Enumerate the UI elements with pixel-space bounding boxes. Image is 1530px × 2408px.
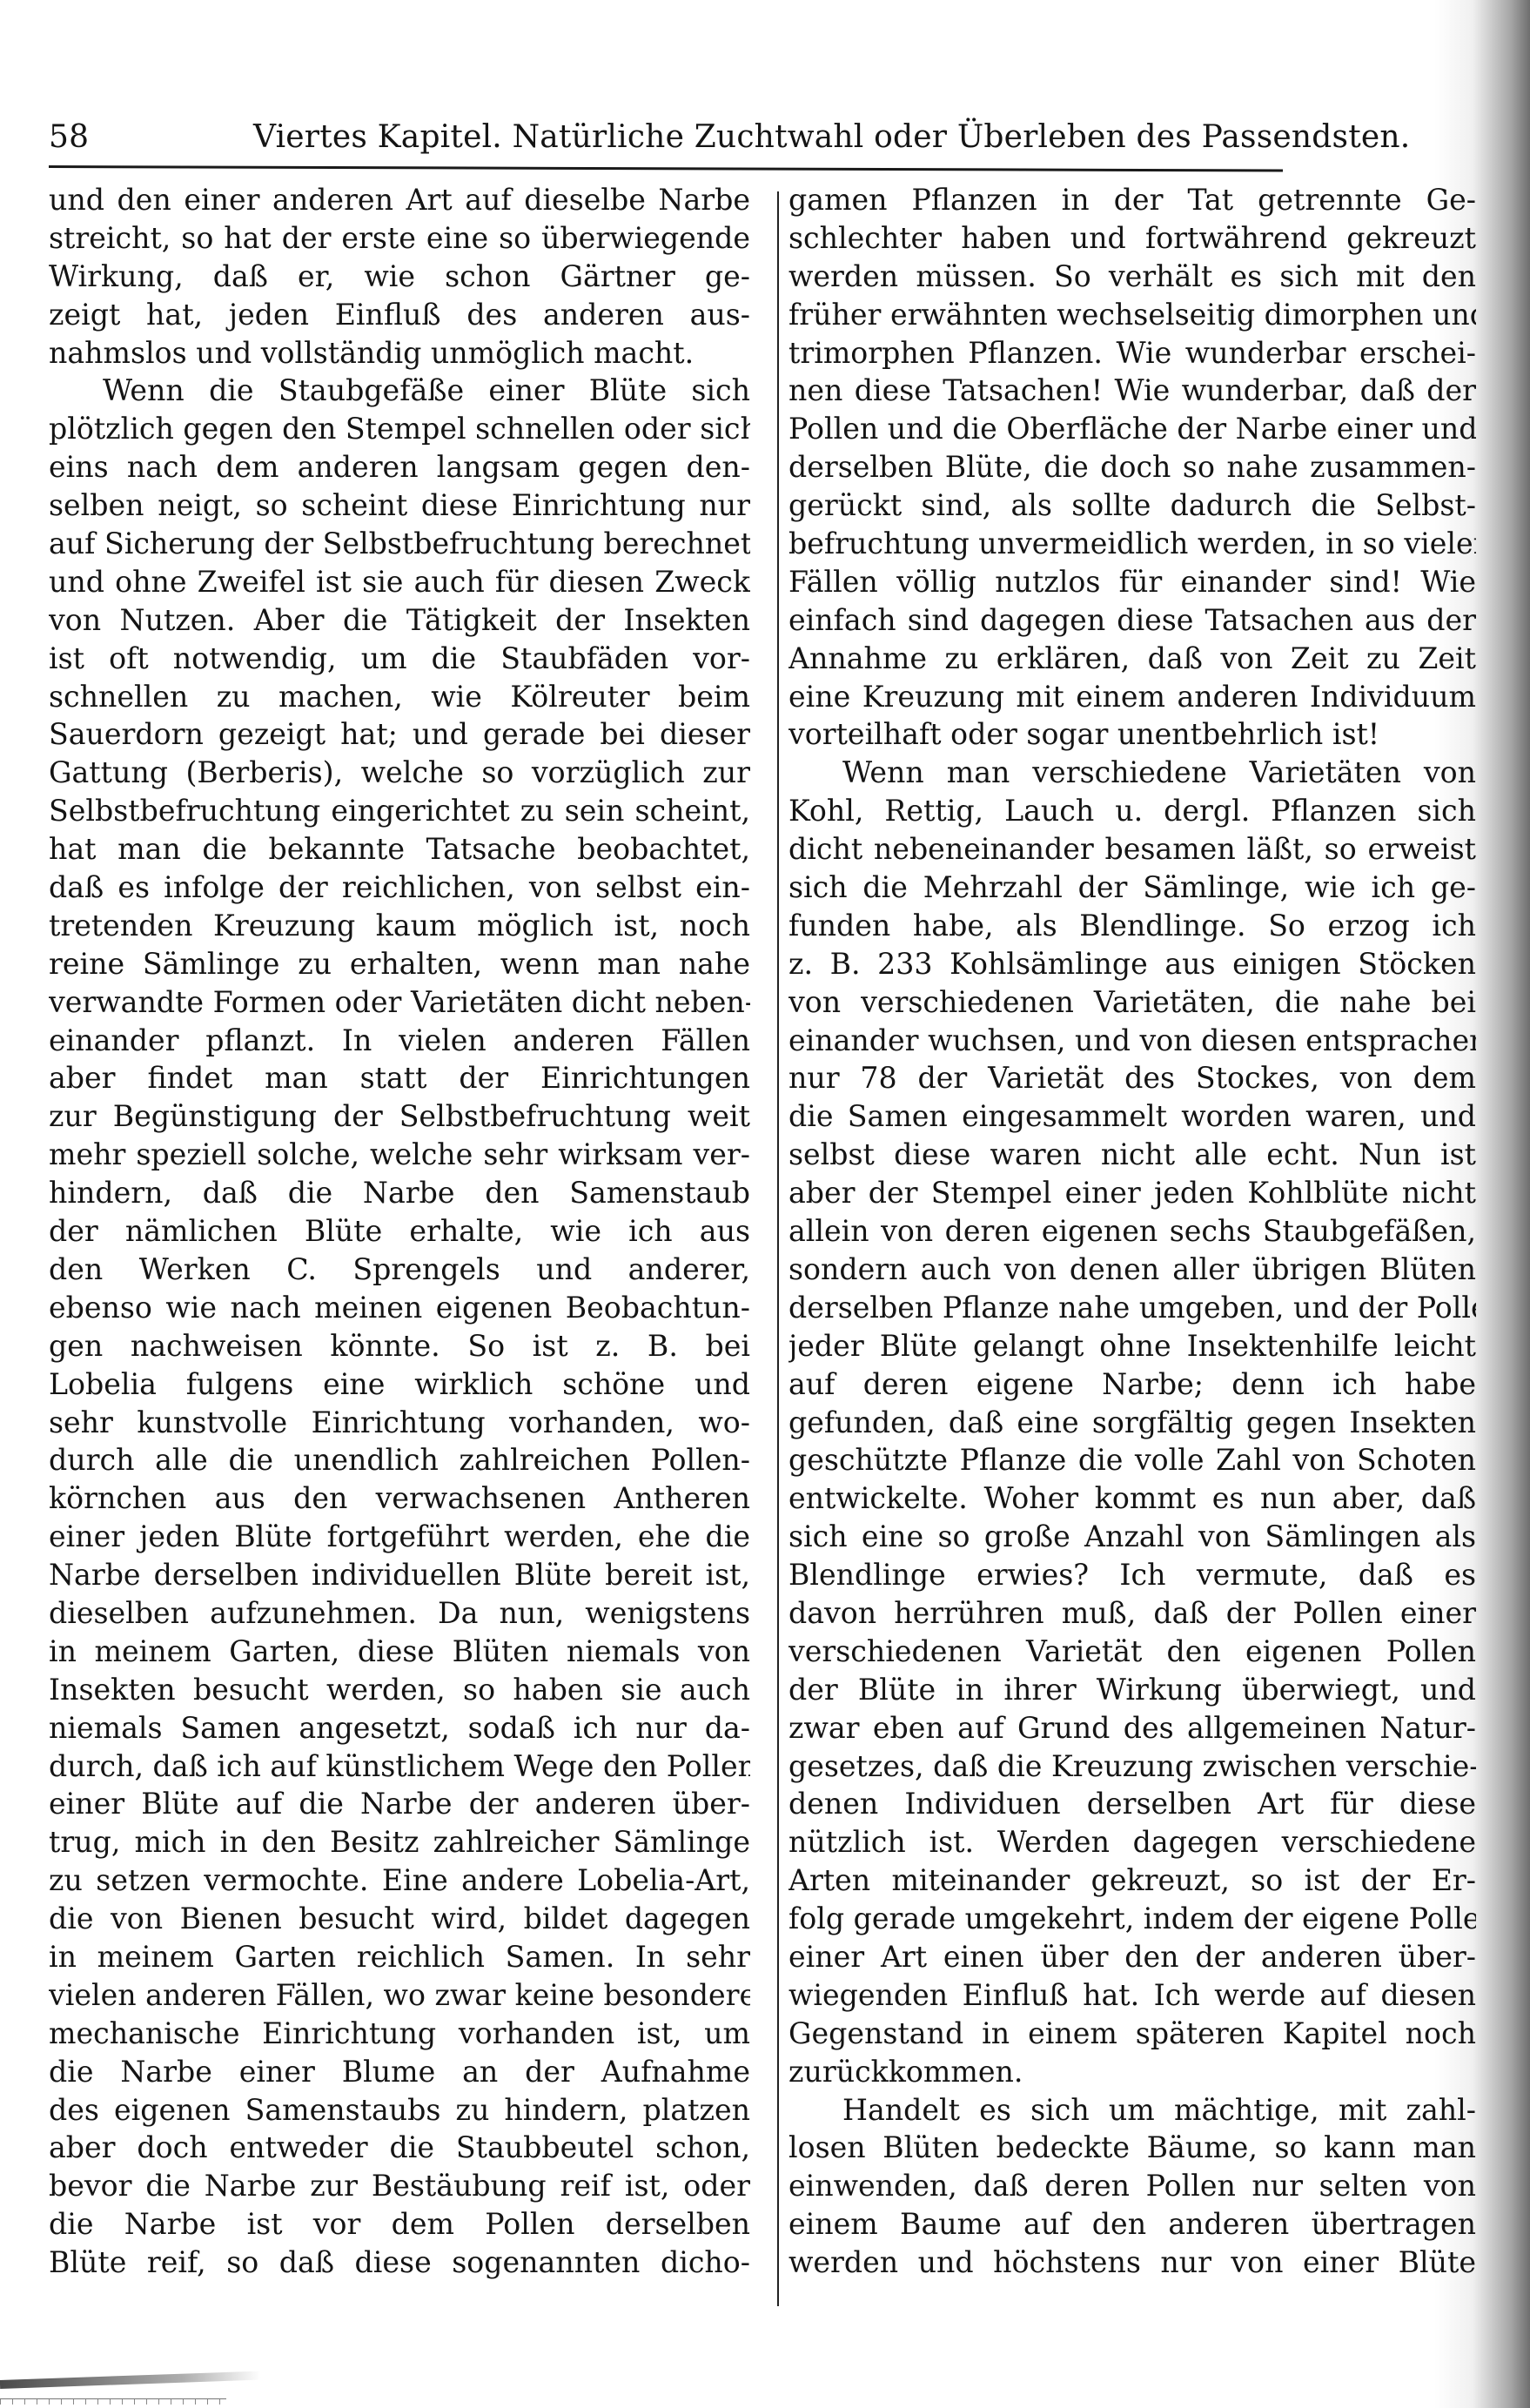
text-line: einem Baume auf den anderen übertragen xyxy=(788,2205,1476,2244)
text-line: aber findet man statt der Einrichtungen xyxy=(49,1059,750,1097)
text-line: einander wuchsen, und von diesen entspra… xyxy=(788,1022,1476,1060)
text-line: verschiedenen Varietät den eigenen Polle… xyxy=(788,1633,1476,1671)
text-line: Narbe derselben individuellen Blüte bere… xyxy=(49,1556,750,1594)
text-line: bevor die Narbe zur Bestäubung reif ist,… xyxy=(49,2167,750,2205)
text-line: aber der Stempel einer jeden Kohlblüte n… xyxy=(788,1174,1476,1212)
text-line: der Blüte in ihrer Wirkung überwiegt, un… xyxy=(788,1671,1476,1709)
text-line: ebenso wie nach meinen eigenen Beobachtu… xyxy=(49,1289,750,1327)
text-line: zwar eben auf Grund des allgemeinen Natu… xyxy=(788,1709,1476,1747)
running-title: Viertes Kapitel. Natürliche Zuchtwahl od… xyxy=(253,116,1410,159)
text-line: mechanische Einrichtung vorhanden ist, u… xyxy=(49,2015,750,2053)
text-line: sondern auch von denen aller übrigen Blü… xyxy=(788,1251,1476,1289)
text-line: gefunden, daß eine sorgfältig gegen Inse… xyxy=(788,1404,1476,1442)
text-line: auf deren eigene Narbe; denn ich habe xyxy=(788,1365,1476,1404)
page-header: 58 Viertes Kapitel. Natürliche Zuchtwahl… xyxy=(49,116,1286,159)
text-line: sich eine so große Anzahl von Sämlingen … xyxy=(788,1518,1476,1556)
text-line: denen Individuen derselben Art für diese xyxy=(788,1785,1476,1823)
text-line: Annahme zu erklären, daß von Zeit zu Zei… xyxy=(788,640,1476,678)
text-line: mehr speziell solche, welche sehr wirksa… xyxy=(49,1136,750,1174)
text-line: derselben Pflanze nahe umgeben, und der … xyxy=(788,1289,1476,1327)
text-line: Arten miteinander gekreuzt, so ist der E… xyxy=(788,1861,1476,1900)
text-line: selben neigt, so scheint diese Einrichtu… xyxy=(49,486,750,525)
text-line: körnchen aus den verwachsenen Antheren xyxy=(49,1479,750,1518)
text-line: gamen Pflanzen in der Tat getrennte Ge- xyxy=(788,181,1476,219)
text-line: Lobelia fulgens eine wirklich schöne und xyxy=(49,1365,750,1404)
text-line: trimorphen Pflanzen. Wie wunderbar ersch… xyxy=(788,334,1476,372)
text-line: von verschiedenen Varietäten, die nahe b… xyxy=(788,983,1476,1022)
text-line: werden müssen. So verhält es sich mit de… xyxy=(788,258,1476,296)
text-line: gen nachweisen könnte. So ist z. B. bei xyxy=(49,1327,750,1365)
text-line: ist oft notwendig, um die Staubfäden vor… xyxy=(49,640,750,678)
header-rule xyxy=(49,165,1283,171)
text-line: hindern, daß die Narbe den Samenstaub xyxy=(49,1174,750,1212)
left-text-column: und den einer anderen Art auf dieselbe N… xyxy=(49,181,750,2282)
text-line: Pollen und die Oberfläche der Narbe eine… xyxy=(788,410,1476,448)
text-line: einer Art einen über den der anderen übe… xyxy=(788,1938,1476,1976)
text-line: werden und höchstens nur von einer Blüte xyxy=(788,2244,1476,2282)
text-line: durch, daß ich auf künstlichem Wege den … xyxy=(49,1747,750,1786)
text-line: wiegenden Einfluß hat. Ich werde auf die… xyxy=(788,1976,1476,2015)
text-line: aber doch entweder die Staubbeutel schon… xyxy=(49,2129,750,2167)
text-line: losen Blüten bedeckte Bäume, so kann man xyxy=(788,2129,1476,2167)
right-text-column: gamen Pflanzen in der Tat getrennte Ge-s… xyxy=(788,181,1476,2282)
text-line: einander pflanzt. In vielen anderen Fäll… xyxy=(49,1022,750,1060)
text-line: einwenden, daß deren Pollen nur selten v… xyxy=(788,2167,1476,2205)
text-line: von Nutzen. Aber die Tätigkeit der Insek… xyxy=(49,601,750,640)
column-divider xyxy=(777,191,779,2306)
text-line: Blendlinge erwies? Ich vermute, daß es xyxy=(788,1556,1476,1594)
text-line: den Werken C. Sprengels und anderer, xyxy=(49,1251,750,1289)
text-line: Sauerdorn gezeigt hat; und gerade bei di… xyxy=(49,715,750,754)
text-line: vorteilhaft oder sogar unentbehrlich ist… xyxy=(788,715,1476,754)
text-line: geschützte Pflanze die volle Zahl von Sc… xyxy=(788,1441,1476,1479)
text-line: z. B. 233 Kohlsämlinge aus einigen Stöck… xyxy=(788,945,1476,983)
text-line: allein von deren eigenen sechs Staubgefä… xyxy=(788,1212,1476,1251)
text-line: trug, mich in den Besitz zahlreicher Säm… xyxy=(49,1823,750,1861)
text-line: eins nach dem anderen langsam gegen den- xyxy=(49,448,750,486)
text-line: in meinem Garten, diese Blüten niemals v… xyxy=(49,1633,750,1671)
page-number: 58 xyxy=(49,116,89,159)
text-line: zurückkommen. xyxy=(788,2053,1476,2091)
text-line: die Samen eingesammelt worden waren, und xyxy=(788,1097,1476,1136)
text-line: folg gerade umgekehrt, indem der eigene … xyxy=(788,1900,1476,1938)
text-line: zeigt hat, jeden Einfluß des anderen aus… xyxy=(49,296,750,334)
text-line: Wirkung, daß er, wie schon Gärtner ge- xyxy=(49,258,750,296)
text-line: niemals Samen angesetzt, sodaß ich nur d… xyxy=(49,1709,750,1747)
text-line: Wenn die Staubgefäße einer Blüte sich xyxy=(49,372,750,410)
text-line: plötzlich gegen den Stempel schnellen od… xyxy=(49,410,750,448)
text-line: und den einer anderen Art auf dieselbe N… xyxy=(49,181,750,219)
text-line: einfach sind dagegen diese Tatsachen aus… xyxy=(788,601,1476,640)
scan-edge-smudge xyxy=(0,2371,261,2389)
text-line: auf Sicherung der Selbstbefruchtung bere… xyxy=(49,525,750,563)
text-line: hat man die bekannte Tatsache beobachtet… xyxy=(49,830,750,869)
text-line: einer Blüte auf die Narbe der anderen üb… xyxy=(49,1785,750,1823)
text-line: zu setzen vermochte. Eine andere Lobelia… xyxy=(49,1861,750,1900)
text-line: Wenn man verschiedene Varietäten von xyxy=(788,754,1476,792)
text-line: durch alle die unendlich zahlreichen Pol… xyxy=(49,1441,750,1479)
text-line: verwandte Formen oder Varietäten dicht n… xyxy=(49,983,750,1022)
text-line: davon herrühren muß, daß der Pollen eine… xyxy=(788,1594,1476,1633)
text-line: reine Sämlinge zu erhalten, wenn man nah… xyxy=(49,945,750,983)
text-line: nützlich ist. Werden dagegen verschieden… xyxy=(788,1823,1476,1861)
text-line: derselben Blüte, die doch so nahe zusamm… xyxy=(788,448,1476,486)
text-line: dieselben aufzunehmen. Da nun, wenigsten… xyxy=(49,1594,750,1633)
text-line: Kohl, Rettig, Lauch u. dergl. Pflanzen s… xyxy=(788,792,1476,830)
text-line: Blüte reif, so daß diese sogenannten dic… xyxy=(49,2244,750,2282)
text-line: die von Bienen besucht wird, bildet dage… xyxy=(49,1900,750,1938)
text-line: schnellen zu machen, wie Kölreuter beim xyxy=(49,678,750,716)
text-line: eine Kreuzung mit einem anderen Individu… xyxy=(788,678,1476,716)
text-line: jeder Blüte gelangt ohne Insektenhilfe l… xyxy=(788,1327,1476,1365)
text-line: dicht nebeneinander besamen läßt, so erw… xyxy=(788,830,1476,869)
text-line: die Narbe ist vor dem Pollen derselben xyxy=(49,2205,750,2244)
text-line: einer jeden Blüte fortgeführt werden, eh… xyxy=(49,1518,750,1556)
text-line: Gattung (Berberis), welche so vorzüglich… xyxy=(49,754,750,792)
text-line: schlechter haben und fortwährend gekreuz… xyxy=(788,219,1476,258)
text-line: tretenden Kreuzung kaum möglich ist, noc… xyxy=(49,907,750,945)
text-line: nen diese Tatsachen! Wie wunderbar, daß … xyxy=(788,372,1476,410)
text-line: nahmslos und vollständig unmöglich macht… xyxy=(49,334,750,372)
text-line: selbst diese waren nicht alle echt. Nun … xyxy=(788,1136,1476,1174)
text-line: zur Begünstigung der Selbstbefruchtung w… xyxy=(49,1097,750,1136)
text-line: der nämlichen Blüte erhalte, wie ich aus xyxy=(49,1212,750,1251)
text-line: Insekten besucht werden, so haben sie au… xyxy=(49,1671,750,1709)
text-line: befruchtung unvermeidlich werden, in so … xyxy=(788,525,1476,563)
text-line: gerückt sind, als sollte dadurch die Sel… xyxy=(788,486,1476,525)
text-line: nur 78 der Varietät des Stockes, von dem xyxy=(788,1059,1476,1097)
text-line: funden habe, als Blendlinge. So erzog ic… xyxy=(788,907,1476,945)
text-line: vielen anderen Fällen, wo zwar keine bes… xyxy=(49,1976,750,2015)
scan-ruler-edge xyxy=(0,2398,226,2405)
text-line: entwickelte. Woher kommt es nun aber, da… xyxy=(788,1479,1476,1518)
text-line: daß es infolge der reichlichen, von selb… xyxy=(49,869,750,907)
text-line: sehr kunstvolle Einrichtung vorhanden, w… xyxy=(49,1404,750,1442)
text-line: sich die Mehrzahl der Sämlinge, wie ich … xyxy=(788,869,1476,907)
text-line: früher erwähnten wechselseitig dimorphen… xyxy=(788,296,1476,334)
text-line: gesetzes, daß die Kreuzung zwischen vers… xyxy=(788,1747,1476,1786)
text-line: Gegenstand in einem späteren Kapitel noc… xyxy=(788,2015,1476,2053)
text-line: Handelt es sich um mächtige, mit zahl- xyxy=(788,2091,1476,2130)
text-line: in meinem Garten reichlich Samen. In seh… xyxy=(49,1938,750,1976)
text-line: die Narbe einer Blume an der Aufnahme xyxy=(49,2053,750,2091)
text-line: des eigenen Samenstaubs zu hindern, plat… xyxy=(49,2091,750,2130)
text-line: und ohne Zweifel ist sie auch für diesen… xyxy=(49,563,750,601)
text-line: Selbstbefruchtung eingerichtet zu sein s… xyxy=(49,792,750,830)
text-line: Fällen völlig nutzlos für einander sind!… xyxy=(788,563,1476,601)
text-line: streicht, so hat der erste eine so überw… xyxy=(49,219,750,258)
